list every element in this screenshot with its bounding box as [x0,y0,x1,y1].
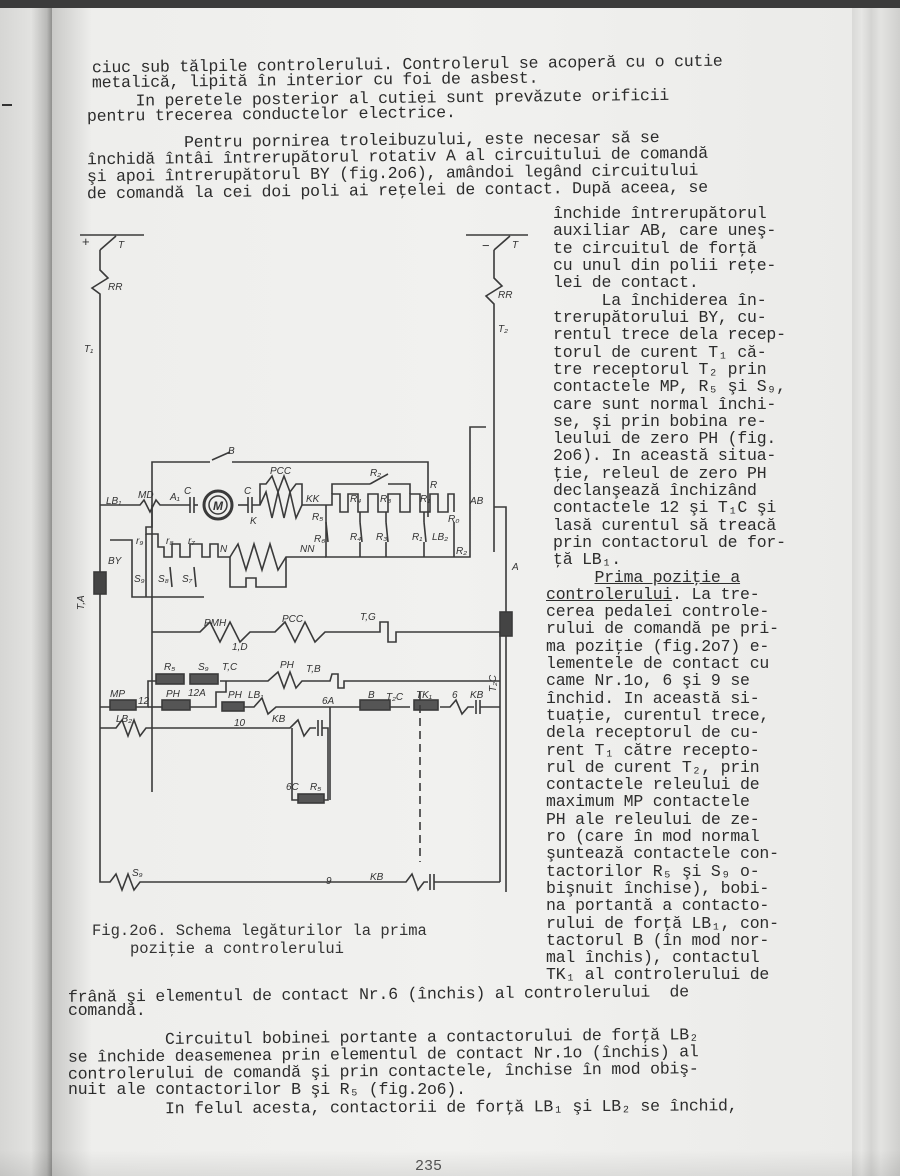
label-MD: MD [138,490,154,501]
text-line: tactorul B (în mod nor- [546,933,769,949]
label-KB: KB [370,872,384,883]
label-r8: r₈ [166,536,174,547]
label-B: B [228,446,235,457]
label-B: B [368,690,375,701]
label-LB1: LB₁ [106,496,121,507]
label-RR: RR [498,290,512,301]
text-line: rul de curent T₂, prin [546,760,759,776]
label-R4: R₄ [350,494,361,505]
label-T1A: T,A [76,595,87,610]
text-line: ţie, releul de zero PH [553,466,766,482]
label-T: T [512,240,519,251]
text-line: lementele de contact cu [546,656,769,672]
facing-page-edge [0,8,52,1176]
label-T2: T₂ [498,324,508,335]
label-R2: R₂ [370,468,381,479]
text-line: nuit ale contactorilor B şi R₅ (fig.2o6)… [68,1082,466,1098]
label-TK1: TK₁ [416,690,432,701]
text-line: torul de curent T₁ că- [553,345,766,361]
label-RR: RR [108,282,122,293]
label-BY: BY [108,556,123,567]
label-KB: KB [272,714,286,725]
label-M: M [213,499,224,513]
text-line: contactele releului de [546,777,759,793]
label-PCC: PCC [270,466,292,477]
text-line: trerupătorului BY, cu- [553,310,766,326]
label-S9: S₉ [132,868,143,879]
plus-pole-label: + [82,234,90,249]
text-line: lasă curentul să treacă [553,518,776,534]
label-T1C: T,C [222,662,238,673]
text-line: TK₁ al controlerului de [546,967,769,983]
section-heading: Prima poziţie a [595,568,741,587]
label-6A: 6A [322,696,335,707]
minus-pole-label: − [482,238,490,253]
text-line: prin contactorul de for- [553,535,786,551]
text-line: şuntează contactele con- [546,846,779,862]
label-LB1: LB₁ [248,690,263,701]
label-C: C [244,486,252,497]
section-heading-line: controlerului. La tre- [546,587,759,603]
label-R2b: R₂ [456,546,467,557]
text-line: mal închis), contactul [546,950,759,966]
text-line: PH ale releului de ze- [546,812,759,828]
label-MP: MP [110,689,125,700]
text-line: maximum MP contactele [546,794,750,810]
label-Ro: R₀ [448,514,459,525]
text-line: rentul trece dela recep- [553,327,786,343]
label-9: 9 [326,876,332,887]
label-T1: T₁ [84,344,93,355]
text-line: ro (care în mod normal [546,829,759,845]
label-LB2: LB₂ [116,714,132,725]
label-C: C [184,486,192,497]
text-line: La închiderea în- [553,293,766,309]
text-line: ma poziţie (fig.2o7) e- [546,639,769,655]
label-R1b: R₁ [412,532,422,543]
label-T1B: T,B [306,664,321,675]
label-R: R [430,480,437,491]
label-R3b: R₃ [376,532,387,543]
text-line: tactorilor R₅ şi S₉ o- [546,864,759,880]
label-PH: PH [166,689,181,700]
text-line: tre receptorul T₂ prin [553,362,766,378]
label-R3: R₃ [380,494,391,505]
label-12A: 12A [188,688,206,699]
text-line: leului de zero PH (fig. [553,431,776,447]
label-R5: R₅ [312,512,323,523]
label-1D: 1,D [232,642,248,653]
label-T: T [118,240,125,251]
text-line: declanşează închizând [553,483,757,499]
label-KB: KB [470,690,484,701]
label-6C: 6C [286,782,300,793]
text-line: na portantă a contacto- [546,898,769,914]
scan-top-border [0,0,900,8]
section-heading: controlerului [546,585,672,604]
circuit-diagram: + T RR − T RR T₁ T₂ AB B PCC R₂ R LB₁ MD… [70,222,540,902]
text-line: care sunt normal închi- [553,397,776,413]
label-KK: KK [306,494,321,505]
label-10: 10 [234,718,246,729]
label-PH: PH [280,660,295,671]
text-line: rului de comandă pe pri- [546,621,779,637]
page-stack-edge [852,8,900,1176]
text-line: auxiliar AB, care uneş- [553,223,776,239]
label-NN: NN [300,544,315,555]
text-line: te circuitul de forţă [553,241,757,257]
figure-caption-line: Fig.2o6. Schema legăturilor la prima [92,923,427,940]
label-T2C: T₂C [386,692,404,703]
label-PMH: PMH [204,618,227,629]
label-K: K [250,516,258,527]
text-line: se, şi prin bobina re- [553,414,766,430]
label-T2C: T₂C [488,674,499,692]
label-N: N [220,544,228,555]
text-line: comandă. [68,1003,146,1019]
label-6: 6 [452,690,458,701]
label-PCC: PCC [282,614,304,625]
facing-page-mark [2,104,12,106]
text-line: came Nr.1o, 6 şi 9 se [546,673,750,689]
text-line: In felul acesta, contactorii de forţă LB… [68,1098,737,1118]
text-line: dela receptorul de cu- [546,725,759,741]
section-heading-line: Prima poziţie a [546,570,740,586]
figure-caption-line: poziţie a controlerului [130,941,344,958]
text-line: 2o6). In această situa- [553,448,776,464]
label-LB2: LB₂ [432,532,448,543]
text-line: lei de contact. [553,275,699,291]
label-A1: A₁ [169,492,180,503]
text-line: ţă LB₁. [553,552,621,568]
label-A: A [511,562,519,573]
text-line: rent T₁ către recepto- [546,743,759,759]
label-r9: r₉ [136,536,143,547]
text-line: cerea pedalei controle- [546,604,769,620]
text-line: rului de forţă LB₁, con- [546,916,779,932]
label-S8: S₈ [158,574,169,585]
text-line: închide întrerupătorul [553,206,766,222]
label-R6: R₆ [314,534,325,545]
label-R5: R₅ [310,782,321,793]
label-PH: PH [228,690,243,701]
text-line: bişnuit închise), bobi- [546,881,769,897]
text-line: cu unul din polii reţe- [553,258,776,274]
text-line: contactele 12 şi T₁C şi [553,500,776,516]
text-line: tuaţie, curentul trece, [546,708,769,724]
label-S9: S₉ [134,574,145,585]
label-S9: S₉ [198,662,209,673]
label-AB: AB [469,496,484,507]
label-r7: r₇ [188,536,195,547]
label-R4b: R₄ [350,532,361,543]
label-R1: R₁ [420,494,430,505]
label-T1G: T,G [360,612,376,623]
scan-bottom-shadow [0,1150,900,1176]
text-line: contactele MP, R₅ şi S₉, [553,379,786,395]
text-line: închid. In această si- [546,691,759,707]
label-R5: R₅ [164,662,175,673]
label-12: 12 [138,696,150,707]
text-line: pentru trecerea conductelor electrice. [87,105,456,125]
label-S7: S₇ [182,574,193,585]
